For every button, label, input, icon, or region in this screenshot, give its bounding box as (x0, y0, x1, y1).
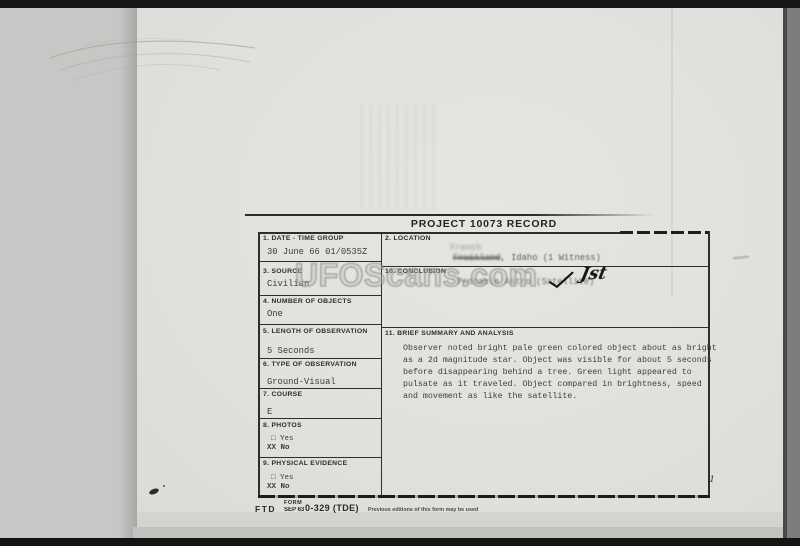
summary-line: before disappearing behind a tree. Green… (403, 367, 710, 379)
form-top-rule (245, 214, 655, 216)
photos-label: 8. PHOTOS (263, 422, 302, 429)
crease-marks (20, 18, 310, 98)
location-faint-word: French (450, 243, 482, 253)
rule-under-field4 (258, 324, 382, 325)
rule-under-field7 (258, 418, 382, 419)
type-of-observation-label: 6. TYPE OF OBSERVATION (263, 361, 357, 368)
title-bottom-rule-dashed (620, 231, 710, 234)
scanner-right-strip (787, 8, 800, 538)
rule-under-field3 (258, 295, 382, 296)
summary-line: and movement as like the satellite. (403, 391, 710, 403)
photos-yes: □ Yes (271, 435, 294, 443)
location-label: 2. LOCATION (385, 235, 431, 242)
summary-line: as a 2d magnitude star. Object was visib… (403, 355, 710, 367)
footer-ftd: FTD (255, 504, 276, 514)
type-of-observation-value: Ground-Visual (267, 377, 336, 387)
course-label: 7. COURSE (263, 391, 302, 398)
rule-under-field5 (258, 358, 382, 359)
paper-stack-edge-1 (137, 512, 785, 527)
footer-form-number: 0-329 (TDE) (305, 503, 359, 513)
course-value: E (267, 407, 272, 417)
scan-border-bottom (0, 538, 800, 546)
rule-under-field8 (258, 457, 382, 458)
date-time-group-label: 1. DATE - TIME GROUP (263, 235, 344, 242)
paper-stack-edge-2 (133, 527, 789, 538)
ufoscans-watermark: UFOScans.com (295, 257, 538, 294)
footer-form-word: FORM (284, 500, 302, 506)
ink-dot (163, 485, 165, 487)
physical-evidence-label: 9. PHYSICAL EVIDENCE (263, 460, 347, 467)
brief-summary-label: 11. BRIEF SUMMARY AND ANALYSIS (385, 330, 514, 337)
footer-note: Previous editions of this form may be us… (368, 507, 478, 513)
title-bottom-rule (258, 232, 623, 234)
physical-evidence-yes: □ Yes (271, 474, 294, 482)
form-border-bottom (258, 495, 710, 498)
footer-date: SEP 63 (284, 507, 304, 513)
number-of-objects-label: 4. NUMBER OF OBJECTS (263, 298, 352, 305)
date-time-group-value: 30 June 66 01/0535Z (267, 247, 367, 257)
rule-under-field6 (258, 388, 382, 389)
length-of-observation-value: 5 Seconds (267, 346, 315, 356)
scanned-document-page: 1 PROJECT 10073 RECORD 1. DATE - TIME GR… (0, 0, 800, 546)
handwritten-initials: Jst (579, 264, 609, 285)
rule-under-conclusion (381, 327, 709, 328)
photos-no: XX No (267, 444, 290, 452)
scan-border-top (0, 0, 800, 8)
summary-line: Observer noted bright pale green colored… (403, 343, 710, 355)
physical-evidence-no: XX No (267, 483, 290, 491)
form-title: PROJECT 10073 RECORD (258, 218, 710, 230)
summary-line: pulsate as it traveled. Object compared … (403, 379, 710, 391)
length-of-observation-label: 5. LENGTH OF OBSERVATION (263, 328, 368, 335)
ink-bleedthrough (360, 105, 440, 210)
handwritten-checkmark-icon (547, 271, 575, 290)
number-of-objects-value: One (267, 309, 283, 319)
brief-summary-text: Observer noted bright pale green colored… (403, 343, 710, 403)
